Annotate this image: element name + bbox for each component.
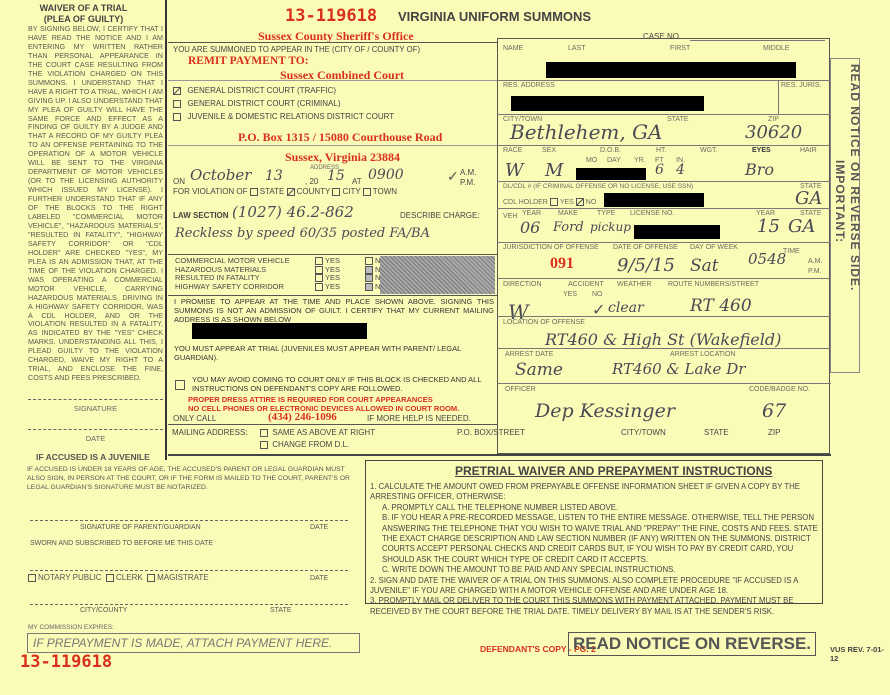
row-divider [497,383,831,384]
cdl-holder: CDL HOLDER YES NO [503,198,596,206]
flag-yes-label: YES [325,282,340,291]
middle-label: MIDDLE [763,45,789,52]
promise-divider [168,295,498,296]
row-divider [497,80,831,81]
name-label: NAME [503,45,523,52]
juvenile-text: IF ACCUSED IS UNDER 18 YEARS OF AGE, THE… [27,466,352,492]
instruction-item: 3. PROMPTLY MAIL OR DELIVER TO THE COURT… [370,596,818,617]
instruction-item: B. IF YOU HEAR A PRE-RECORDED MESSAGE, L… [370,513,818,565]
flag-label: HIGHWAY SAFETY CORRIDOR [175,283,315,292]
accident-no: NO [592,291,603,298]
day-label: DAY [607,157,621,164]
law-section[interactable]: (1027) 46.2-862 [232,203,354,221]
notary-public-checkbox[interactable] [28,574,36,582]
same-as-above[interactable]: SAME AS ABOVE AT RIGHT [260,428,375,437]
dress-notice: PROPER DRESS ATTIRE IS REQUIRED FOR COUR… [188,395,433,404]
instruction-item: A. PROMPTLY CALL THE TELEPHONE NUMBER LI… [370,503,818,513]
redacted-name [546,62,796,78]
veh-label: VEH [503,213,509,220]
magistrate-checkbox[interactable] [147,574,155,582]
am-check-icon: ✓ [447,168,459,185]
location[interactable]: RT460 & High St (Wakefield) [545,330,781,349]
law-section-label: LAW SECTION [173,211,229,220]
address-line [168,145,498,146]
day-of-week-label: DAY OF WEEK [690,244,738,251]
promise-text: I PROMISE TO APPEAR AT THE TIME AND PLAC… [174,298,494,324]
jurisdiction-label: JURISDICTION OF OFFENSE [503,244,599,251]
same-as-above-label: SAME AS ABOVE AT RIGHT [272,428,375,437]
cdl-yes-checkbox[interactable] [550,198,558,206]
checkbox[interactable] [260,441,268,449]
charge-label: DESCRIBE CHARGE: [400,211,480,220]
flag-no-checkbox[interactable] [365,257,373,265]
mailing-divider [168,424,498,425]
court-option-juvenile[interactable]: JUVENILE & DOMESTIC RELATIONS DISTRICT C… [173,110,394,123]
only-call-label: ONLY CALL [173,414,216,423]
row-divider [497,316,831,317]
vehicle-type-label: TYPE [597,210,615,217]
instructions-title: PRETRIAL WAIVER AND PREPAYMENT INSTRUCTI… [455,464,772,478]
checkbox-checked[interactable] [173,87,181,95]
signature-line[interactable] [28,399,163,400]
vehicle-type[interactable]: pickup [590,220,631,234]
day-of-week[interactable]: Sat [690,256,719,276]
state-checkbox[interactable] [250,188,258,196]
summoned-label: YOU ARE SUMMONED TO APPEAR IN THE (CITY … [173,45,420,54]
direction-label: DIRECTION [503,281,542,288]
commission-expires-label: MY COMMISSION EXPIRES: [28,624,114,631]
plate-state[interactable]: GA [788,216,815,237]
violation-label: FOR VIOLATION OF [173,187,248,196]
row-divider [497,348,831,349]
waiver-text: BY SIGNING BELOW, I CERTIFY THAT I HAVE … [28,25,163,383]
appearance-time[interactable]: 0900 [368,167,404,183]
town-checkbox[interactable] [363,188,371,196]
dl-state[interactable]: GA [795,188,822,209]
instruction-item: 1. CALCULATE THE AMOUNT OWED FROM PREPAY… [370,482,818,503]
must-appear-text: YOU MUST APPEAR AT TRIAL (JUVENILES MUST… [174,345,494,363]
on-label: ON [173,177,185,186]
waiver-title: WAIVER OF A TRIAL (PLEA OF GUILTY) [0,3,167,25]
row-divider [497,145,831,146]
res-address-label: RES. ADDRESS [503,82,555,89]
date-label: DATE [28,434,163,443]
parent-signature-label: SIGNATURE OF PARENT/GUARDIAN [80,524,201,531]
court-line [168,80,498,81]
arrest-location[interactable]: RT460 & Lake Dr [612,360,745,378]
attach-payment-box: IF PREPAYMENT IS MADE, ATTACH PAYMENT HE… [27,633,360,653]
signature-label: SIGNATURE [28,404,163,413]
shaded-block [380,256,495,294]
charge-description[interactable]: Reckless by speed 60/35 posted FA/BA [175,226,430,241]
race-label: RACE [503,147,522,154]
city-state[interactable]: Bethlehem, GA [510,120,663,144]
checkbox[interactable] [175,380,185,390]
appearance-year[interactable]: 15 [327,168,345,184]
badge-number[interactable]: 67 [762,400,786,422]
weather[interactable]: clear [608,300,644,316]
first-label: FIRST [670,45,690,52]
cdl-no-checkbox-checked[interactable] [576,198,584,206]
date-of-offense[interactable]: 9/5/15 [617,255,675,276]
flag-no-checkbox[interactable] [365,283,373,291]
officer-label: OFFICER [505,386,536,393]
mo-label: MO [586,157,597,164]
city-county-line[interactable] [30,604,348,605]
checkbox[interactable] [173,113,181,121]
flag-no-checkbox[interactable] [365,266,373,274]
officer[interactable]: Dep Kessinger [535,400,675,422]
town-label: TOWN [373,187,397,196]
route[interactable]: RT 460 [690,296,752,316]
parent-signature-line[interactable] [30,520,348,521]
ht-label: HT. [656,147,667,154]
city-county-label: CITY/COUNTY [80,607,127,614]
instruction-item: C. WRITE DOWN THE AMOUNT TO BE PAID AND … [370,565,818,575]
appearance-day[interactable]: 13 [265,168,283,184]
sworn-label: SWORN AND SUBSCRIBED TO BEFORE ME THIS D… [30,540,213,547]
flag-row: HIGHWAY SAFETY CORRIDORYESNO [175,283,386,292]
jurisdiction-code: 091 [550,255,574,273]
row-divider [497,208,831,209]
instructions-list: 1. CALCULATE THE AMOUNT OWED FROM PREPAY… [370,482,818,617]
flag-yes-label: YES [325,273,340,282]
flag-yes-checkbox[interactable] [315,266,323,274]
clerk-label: CLERK [116,573,143,582]
arrest-date-label: ARREST DATE [505,351,553,358]
dl-label: DL/CDL # (IF CRIMINAL OFFENSE OR NO LICE… [503,183,693,190]
violation-options: FOR VIOLATION OF STATE COUNTY CITY TOWN [173,187,397,196]
clerk-checkbox[interactable] [106,574,114,582]
mailing-label: MAILING ADDRESS: [172,428,248,437]
pm-label: P.M. [460,178,475,187]
flag-yes-checkbox[interactable] [315,274,323,282]
flag-no-checkbox[interactable] [365,274,373,282]
summons-title: VIRGINIA UNIFORM SUMMONS [398,9,591,24]
court-options: GENERAL DISTRICT COURT (TRAFFIC) GENERAL… [173,84,394,123]
cdl-yes-label: YES [560,199,574,206]
flags-list: COMMERCIAL MOTOR VEHICLEYESNOHAZARDOUS M… [175,257,386,292]
col-divider [778,80,779,114]
notary-line[interactable] [30,570,348,571]
row-divider [497,181,831,182]
height-in[interactable]: 4 [676,162,685,178]
at-label: AT [352,177,362,186]
side-notice-line1: IMPORTANT: [833,160,847,243]
flag-yes-checkbox[interactable] [315,283,323,291]
flag-yes-checkbox[interactable] [315,257,323,265]
court-option-label: GENERAL DISTRICT COURT (CRIMINAL) [187,99,340,108]
notary-date-label: DATE [310,575,328,582]
accident-no-check-icon: ✓ [592,300,605,320]
checkbox[interactable] [260,429,268,437]
notary-options: NOTARY PUBLIC CLERK MAGISTRATE [28,573,209,582]
location-label: LOCATION OF OFFENSE [503,319,585,326]
serial-number-top: 13-119618 [285,6,377,26]
weather-label: WEATHER [617,281,651,288]
court-address-line2: Sussex, Virginia 23884 [285,150,400,165]
state-label: STATE [260,187,285,196]
flags-divider [168,254,498,255]
court-phone[interactable]: (434) 246-1096 [268,411,337,423]
redacted-address [511,96,704,111]
appearance-month[interactable]: October [190,166,251,184]
arrest-location-label: ARREST LOCATION [670,351,735,358]
notary-public-label: NOTARY PUBLIC [38,573,102,582]
county-checkbox-checked[interactable] [287,188,295,196]
vehicle-make-label: MAKE [558,210,578,217]
redacted-dl [604,193,704,207]
am-label: A.M. [460,168,476,177]
badge-label: CODE/BADGE NO. [749,386,810,393]
cdl-holder-label: CDL HOLDER [503,199,548,206]
wgt-label: WGT. [700,147,718,154]
instruction-item: 2. SIGN AND DATE THE WAIVER OF A TRIAL O… [370,576,818,597]
state-label: STATE [270,607,292,614]
flag-yes-label: YES [325,265,340,274]
juvenile-title: IF ACCUSED IS A JUVENILE [36,452,150,462]
dob-label: D.O.B. [600,147,621,154]
accident-yes: YES [563,291,577,298]
waiver-title-line1: WAIVER OF A TRIAL [0,3,167,14]
side-notice-line2: READ NOTICE ON REVERSE SIDE. [848,64,862,291]
redacted-dob [576,168,646,180]
redacted-signature [192,323,367,339]
change-from-dl-label: CHANGE FROM D.L. [272,440,349,449]
flag-yes-label: YES [325,256,340,265]
form-bottom-border [168,454,831,456]
cdl-no-label: NO [586,199,597,206]
revision-label: VUS REV. 7-01-12 [830,645,890,663]
read-notice-box: READ NOTICE ON REVERSE. [568,632,816,656]
vehicle-year-label: YEAR [522,210,541,217]
sex-label: SEX [542,147,556,154]
time-am: A.M. [808,258,822,265]
court-option-criminal[interactable]: GENERAL DISTRICT COURT (CRIMINAL) [173,97,394,110]
state-label: STATE [667,116,689,123]
accident-label: ACCIDENT [568,281,604,288]
height-ft[interactable]: 6 [655,162,664,178]
avoid-court-text: YOU MAY AVOID COMING TO COURT ONLY IF TH… [192,376,494,394]
city-checkbox[interactable] [332,188,340,196]
court-option-label: JUVENILE & DOMESTIC RELATIONS DISTRICT C… [187,112,394,121]
offense-time[interactable]: 0548 [748,250,786,268]
eyes-label: EYES [752,147,771,154]
row-divider [497,242,831,243]
vehicle-make[interactable]: Ford [553,220,584,235]
arrest-date[interactable]: Same [515,360,563,380]
date-line[interactable] [28,429,163,430]
court-option-label: GENERAL DISTRICT COURT (TRAFFIC) [187,86,336,95]
more-help-label: IF MORE HELP IS NEEDED. [367,414,471,423]
checkbox[interactable] [173,100,181,108]
row-divider [497,278,831,279]
vehicle-year[interactable]: 06 [520,218,540,237]
change-from-dl[interactable]: CHANGE FROM D.L. [260,440,349,449]
date-of-offense-label: DATE OF OFFENSE [613,244,678,251]
court-option-traffic[interactable]: GENERAL DISTRICT COURT (TRAFFIC) [173,84,394,97]
last-label: LAST [568,45,586,52]
eyes[interactable]: Bro [745,160,774,179]
serial-number-bottom: 13-119618 [20,652,112,672]
res-juris-label: RES. JURIS. [781,82,821,89]
avoid-court-checkbox[interactable] [175,376,187,394]
county-label: COUNTY [297,187,331,196]
city-label: CITY [342,187,360,196]
plate-year[interactable]: 15 [757,216,780,237]
zip[interactable]: 30620 [745,122,802,143]
route-label: ROUTE NUMBERS/STREET [668,281,759,288]
court-address-line1: P.O. Box 1315 / 15080 Courthouse Road [238,130,442,145]
row-divider [497,114,831,115]
license-no-label: LICENSE NO. [630,210,674,217]
year-prefix: , 20 [305,177,318,186]
parent-date-label: DATE [310,524,328,531]
hair-label: HAIR [800,147,817,154]
remit-label: REMIT PAYMENT TO: [188,55,309,67]
redacted-plate [634,225,720,239]
magistrate-label: MAGISTRATE [157,573,208,582]
race[interactable]: W [505,160,524,181]
yr-label: YR. [634,157,646,164]
time-pm: P.M. [808,268,822,275]
sex[interactable]: M [545,160,563,181]
